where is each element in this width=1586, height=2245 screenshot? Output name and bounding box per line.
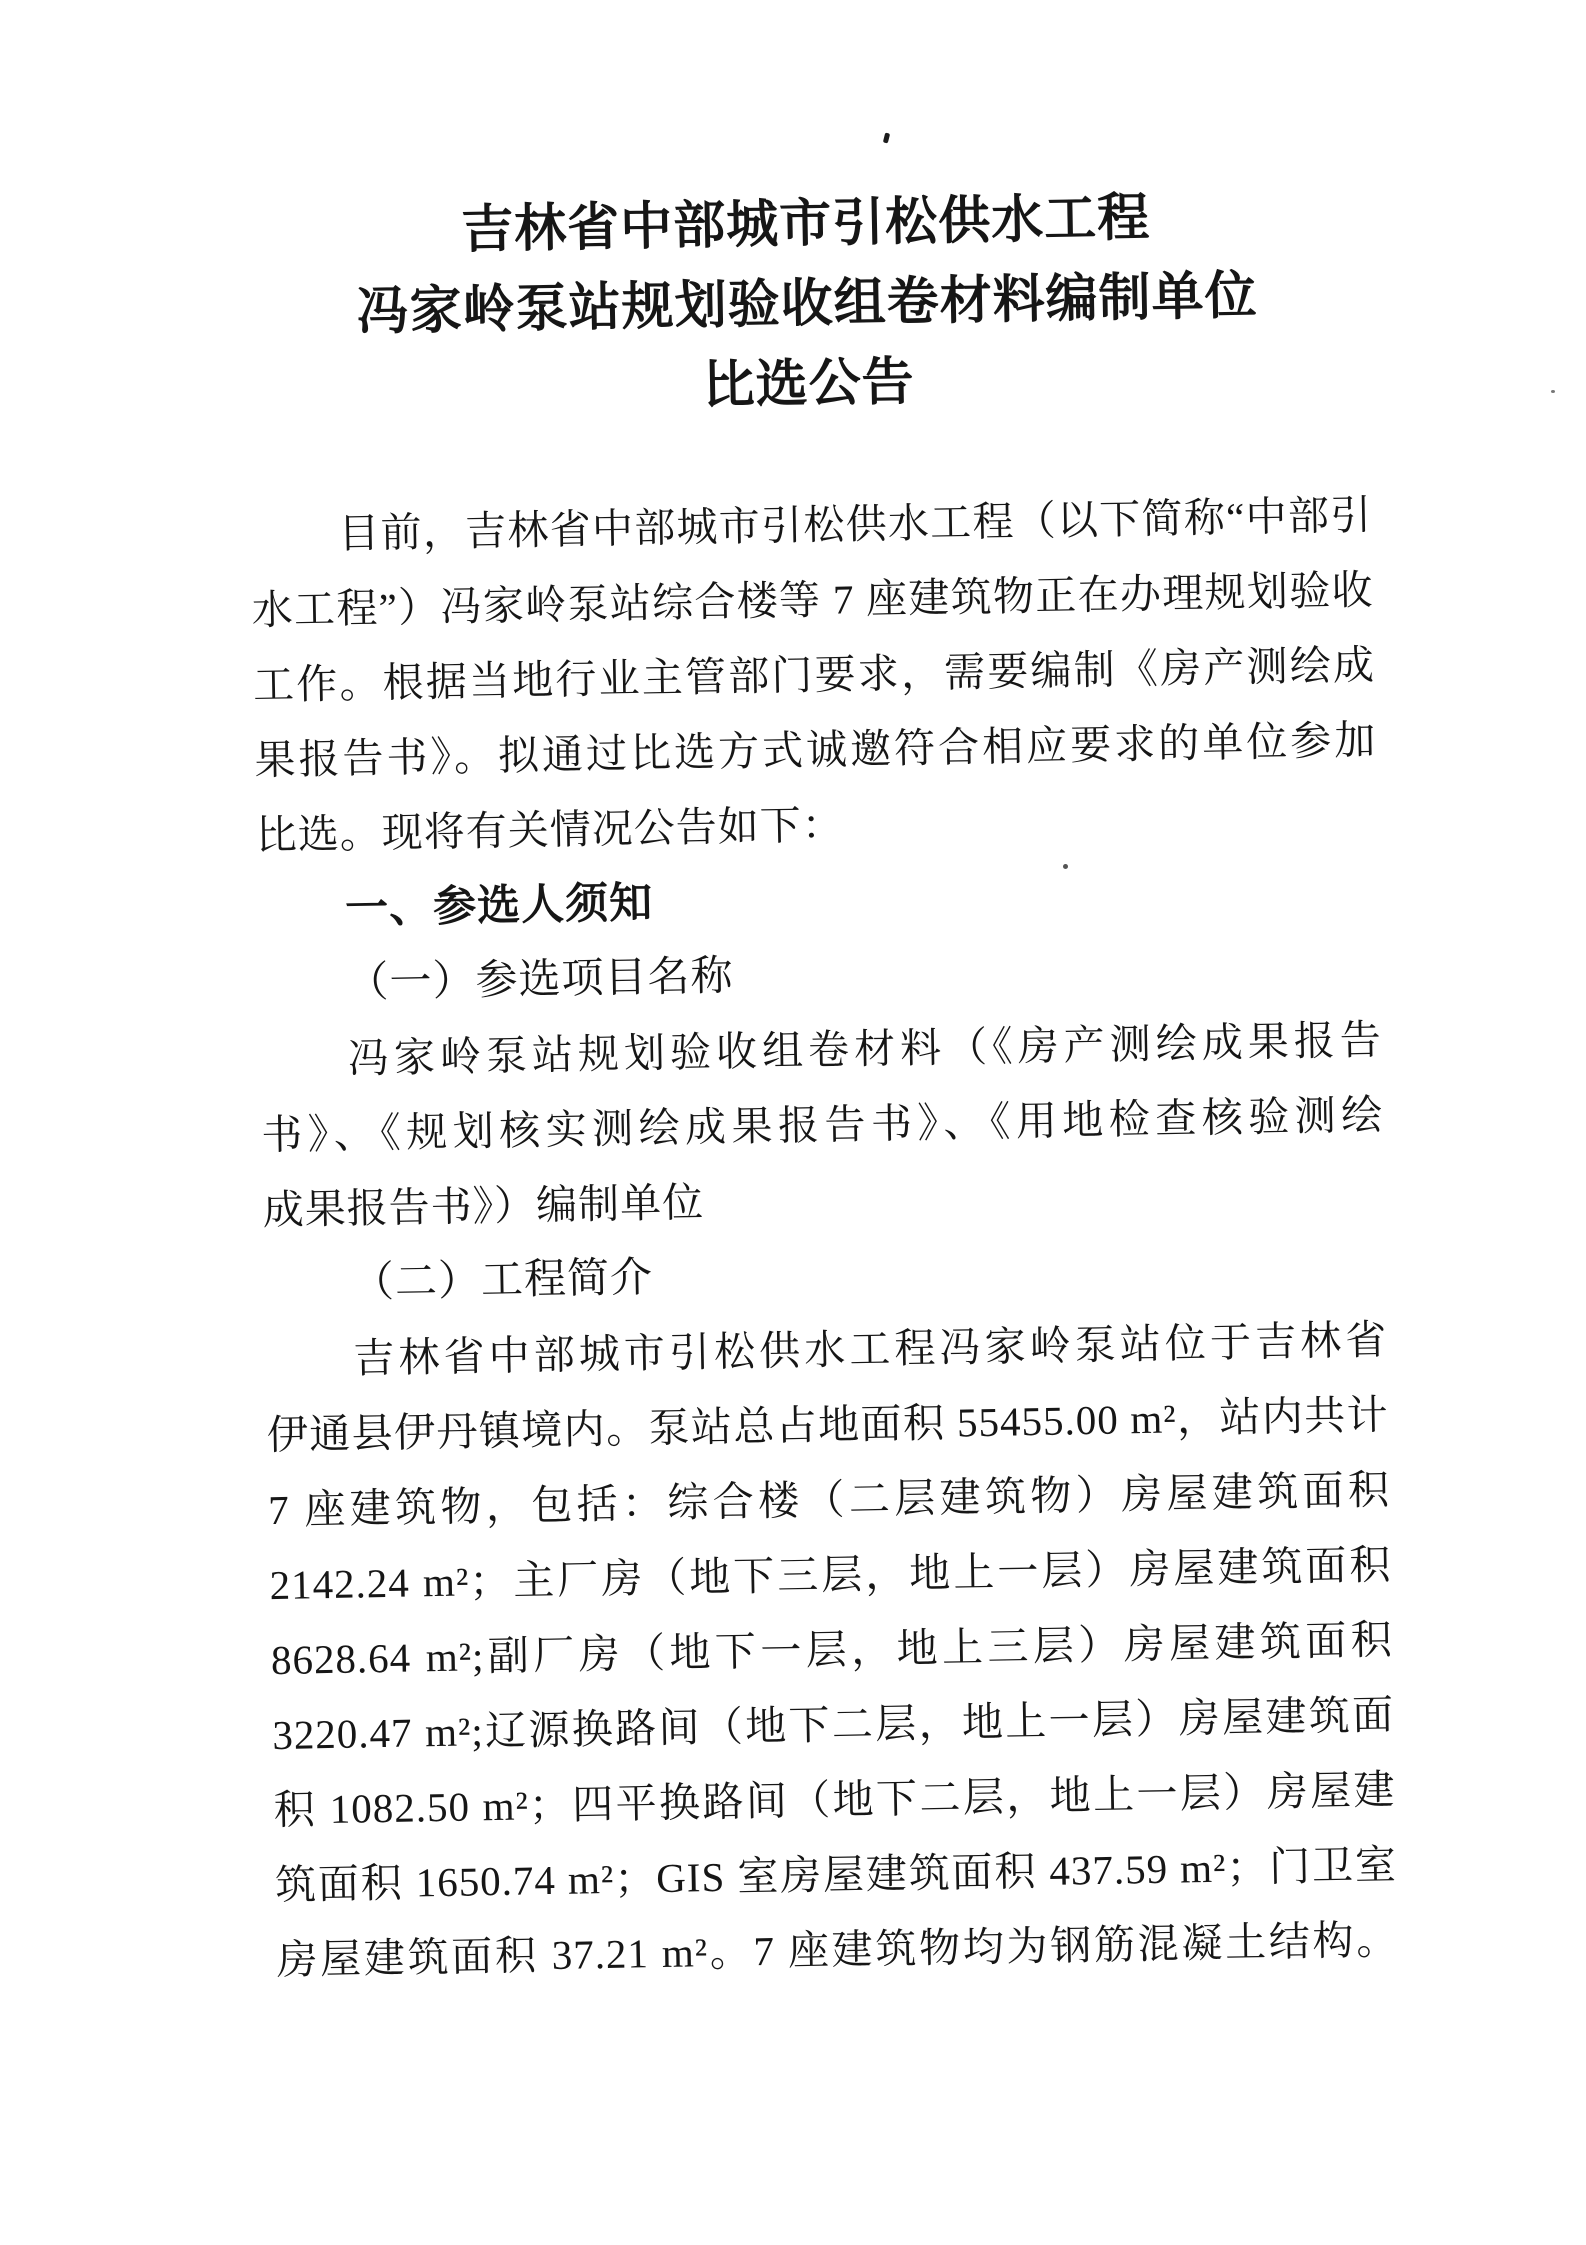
document-content: 吉林省中部城市引松供水工程 冯家岭泵站规划验收组卷材料编制单位 比选公告 目前，… — [241, 0, 1399, 1998]
document-title: 吉林省中部城市引松供水工程 冯家岭泵站规划验收组卷材料编制单位 比选公告 — [241, 0, 1371, 434]
document-body: 目前，吉林省中部城市引松供水工程（以下简称“中部引 水工程”）冯家岭泵站综合楼等… — [250, 478, 1399, 1998]
scan-speck — [1551, 390, 1555, 393]
scan-speck — [1063, 864, 1068, 869]
scanned-document-page: 吉林省中部城市引松供水工程 冯家岭泵站规划验收组卷材料编制单位 比选公告 目前，… — [0, 0, 1586, 2245]
